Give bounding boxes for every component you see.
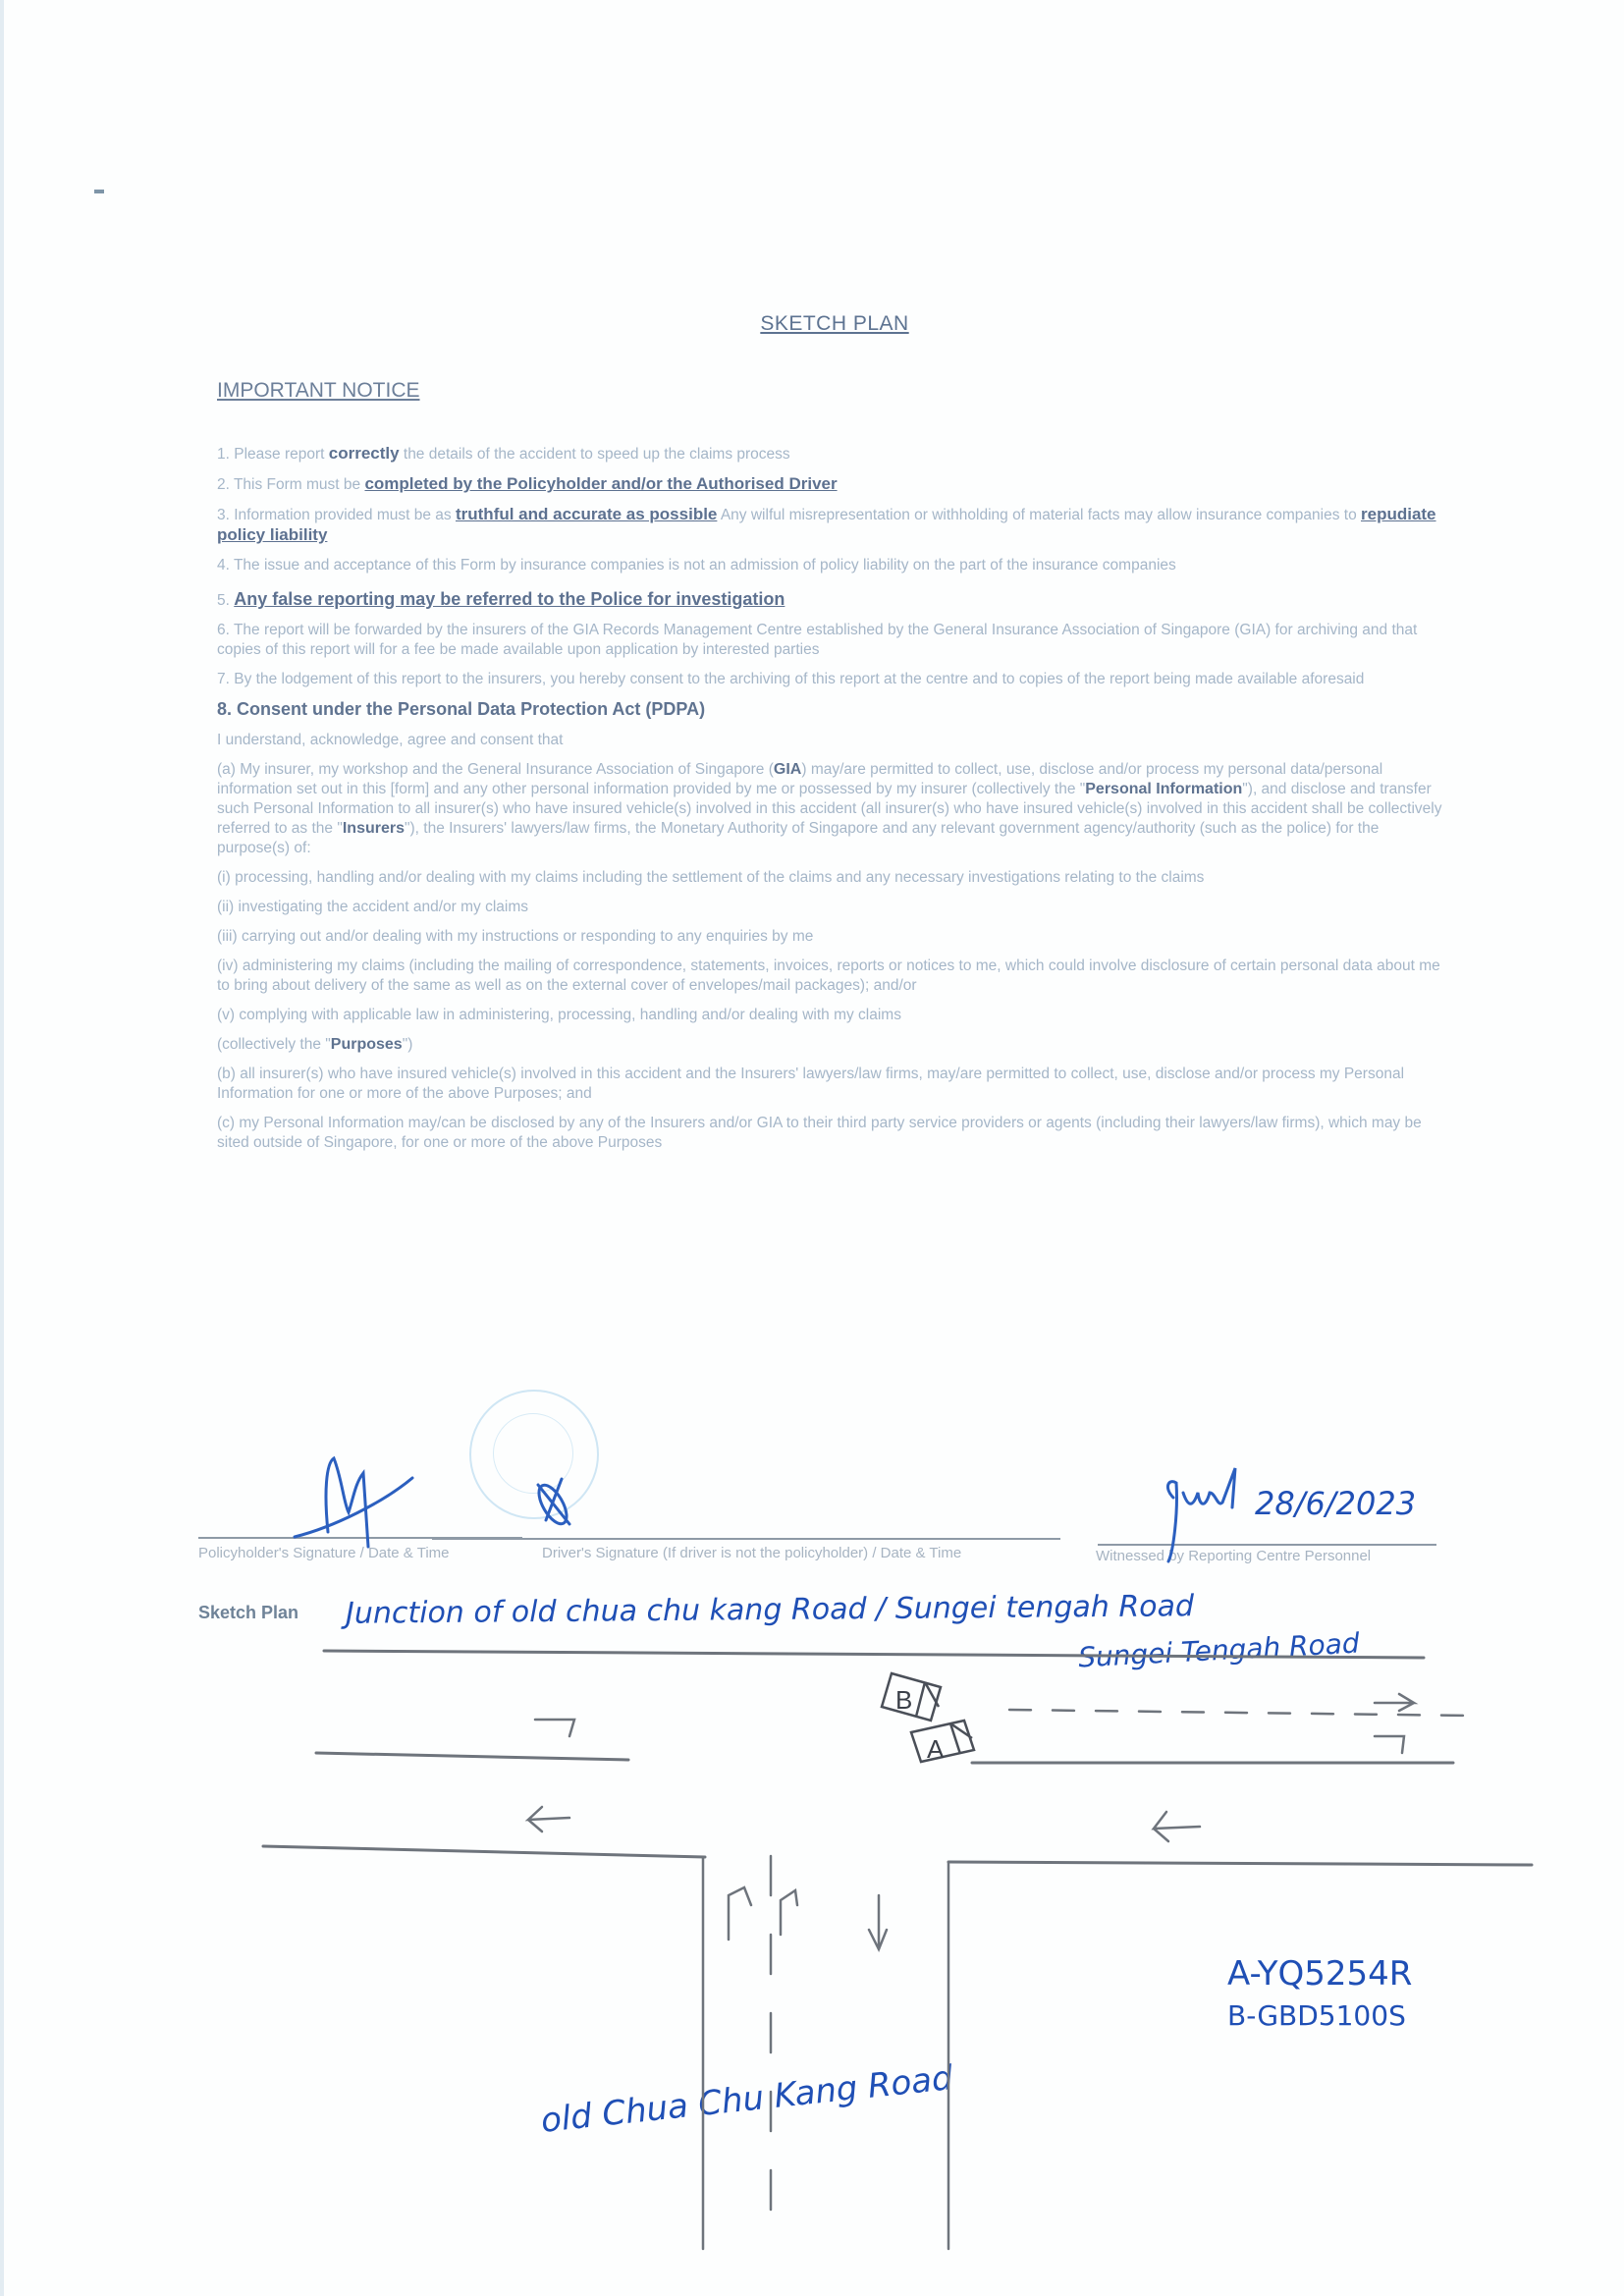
arrow-right-icon <box>535 1720 574 1736</box>
witness-signature <box>1167 1468 1235 1561</box>
vehicle-b-path <box>1009 1710 1473 1716</box>
sketch-drawing: B A <box>0 0 1624 2296</box>
road-top-edge <box>324 1651 1424 1658</box>
road-bottom-left <box>263 1846 705 1857</box>
driver-signature <box>533 1479 571 1528</box>
arrow-right-icon <box>1375 1736 1404 1753</box>
arrow-turn-right-icon <box>781 1890 797 1935</box>
arrow-right-icon <box>1375 1694 1414 1711</box>
arrow-turn-right-icon <box>729 1887 751 1940</box>
vehicle-a-label: A <box>927 1734 945 1764</box>
arrow-down-icon <box>869 1895 887 1949</box>
road-bottom-right <box>948 1862 1532 1865</box>
vehicle-b-label: B <box>895 1685 912 1715</box>
road-lines <box>263 1651 1532 2249</box>
road-mid-left <box>316 1753 628 1760</box>
arrow-left-icon <box>528 1807 569 1831</box>
direction-arrows <box>528 1694 1414 1949</box>
policyholder-signature <box>295 1458 412 1547</box>
arrow-left-icon <box>1154 1812 1200 1841</box>
